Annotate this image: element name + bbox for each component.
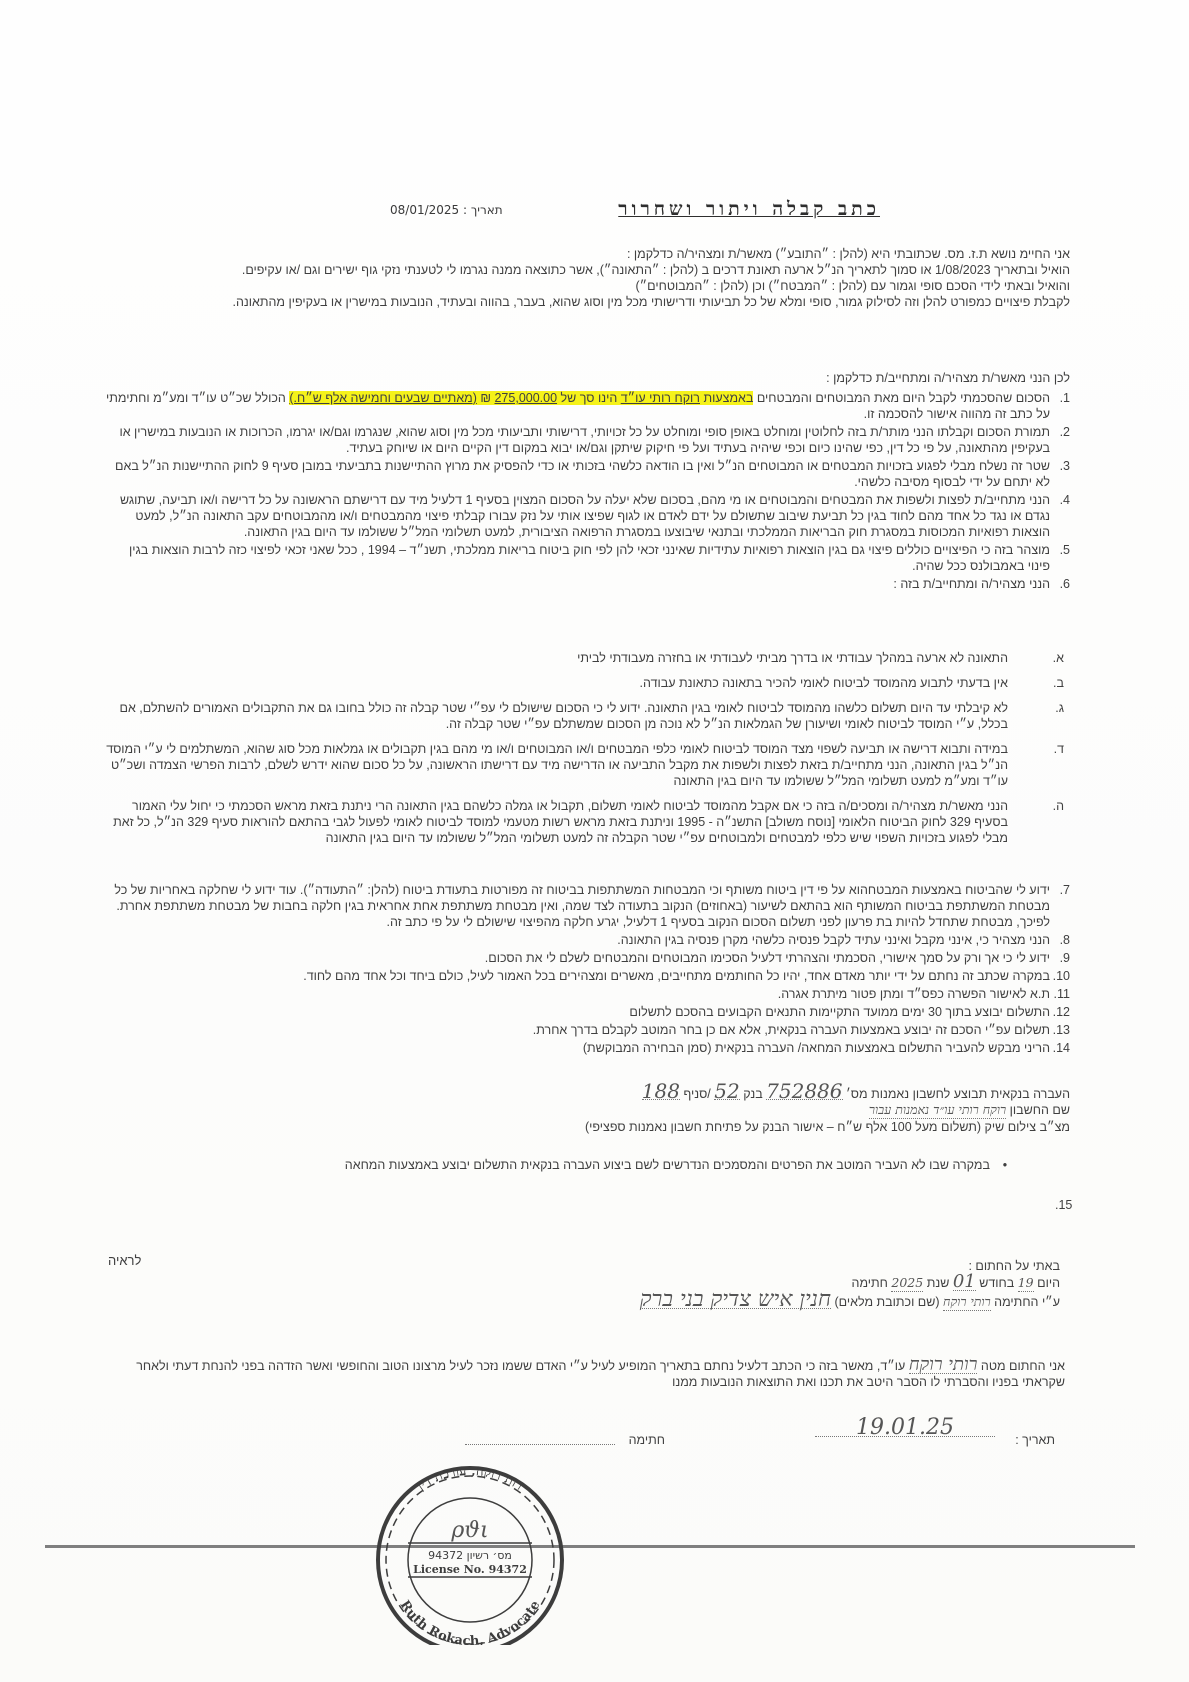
account-number[interactable]: 752886 — [766, 1083, 842, 1100]
item-number: 3. — [1050, 458, 1070, 490]
item-6: 6.הנני מצהיר/ה ומתחייב/ת בזה : — [105, 576, 1070, 592]
item-number: 10. — [1050, 968, 1070, 984]
month-label: בחודש — [979, 1276, 1014, 1290]
svg-text:מס׳ רשיון 94372: מס׳ רשיון 94372 — [428, 1549, 512, 1562]
sub-item-a: א.התאונה לא ארעה במהלך עבודתי או בדרך מב… — [105, 650, 1070, 666]
day-label: היום — [1037, 1276, 1060, 1290]
bank-account-line: העברה בנקאית תבוצע לחשבון נאמנות מס׳ 752… — [420, 1083, 1070, 1102]
item-3: 3.שטר זה נשלח מבלי לפגוע בזכויות המבטחים… — [105, 458, 1070, 490]
header-date: תאריך : 08/01/2025 — [390, 203, 503, 217]
date-label: תאריך : — [463, 203, 503, 217]
item-number: 6. — [1050, 576, 1070, 592]
bank-details: העברה בנקאית תבוצע לחשבון נאמנות מס׳ 752… — [420, 1083, 1070, 1135]
document-title: כתב קבלה ויתור ושחרור — [618, 198, 880, 221]
signature-label: חתימה — [852, 1276, 888, 1290]
numbered-items: 1. הסכום שהסכמתי לקבל היום מאת המבוטחים … — [105, 390, 1070, 594]
item-number: 11. — [1050, 986, 1070, 1002]
signer-signature[interactable]: רותי רוקח — [943, 1294, 991, 1311]
bank-number[interactable]: 52 — [714, 1083, 739, 1100]
item-text: הריני מבקש להעביר התשלום באמצעות המחאה/ … — [105, 1040, 1050, 1056]
declaration-line: לכן הנני מאשר/ת מצהיר/ה ומתחייב/ת כדלקמן… — [105, 370, 1070, 386]
full-name-label: (שם וכתובת מלאים) — [834, 1295, 939, 1309]
sub-item-b: ב.אין בדעתי לתבוע מהמוסד לביטוח לאומי לה… — [105, 675, 1070, 691]
year-label: שנת — [927, 1276, 950, 1290]
item-5: 5.מוצהר בזה כי הפיצויים כוללים פיצוי גם … — [105, 542, 1070, 574]
signature-block: באתי על החתום : היום 19 בחודש 01 שנת 202… — [300, 1258, 1060, 1311]
lawyer-date-signature: תאריך : 19.01.25 חתימה — [105, 1424, 1055, 1460]
sub-item-letter: א. — [1008, 650, 1070, 666]
lawyer-confirmation: אני החתום מטה רותי רוקח עו״ד, מאשר בזה כ… — [95, 1357, 1065, 1390]
sub-item-text: הנני מאשר/ת מצהיר/ה ומסכים/ה בזה כי אם א… — [105, 798, 1008, 846]
date-value: 08/01/2025 — [390, 203, 459, 217]
currency-symbol: ₪ — [477, 391, 495, 405]
item-14: 14.הריני מבקש להעביר התשלום באמצעות המחא… — [105, 1040, 1070, 1056]
item-4: 4.הנני מתחייב/ת לפצות ולשפות את המבטחים … — [105, 492, 1070, 540]
lawyer-prefix: אני החתום מטה — [981, 1359, 1065, 1373]
bullet-note: • במקרה שבו לא העביר המוטב את הפרטים והמ… — [225, 1157, 1020, 1173]
sub-items: א.התאונה לא ארעה במהלך עבודתי או בדרך מב… — [105, 650, 1070, 855]
bullet-icon: • — [990, 1157, 1020, 1173]
sub-item-text: התאונה לא ארעה במהלך עבודתי או בדרך מבית… — [105, 650, 1008, 666]
item-13: 13.תשלום עפ״י הסכם זה יבוצע באמצעות העבר… — [105, 1022, 1070, 1038]
lawyer-stamp: רות רוקח, עורכת דין Ruth Rokach, Advocat… — [345, 1465, 595, 1645]
lawyer-name: רוקח רותי עו״ד — [621, 391, 700, 405]
item-7: 7.ידוע לי שהביטוח באמצעות המבטחהוא על פי… — [105, 882, 1070, 930]
witness-label: לראיה — [108, 1253, 141, 1269]
account-label: העברה בנקאית תבוצע לחשבון נאמנות מס׳ — [846, 1087, 1070, 1101]
lawyer-date-value[interactable]: 19.01.25 — [815, 1420, 995, 1437]
item-text: ת.א לאישור הפשרה כפס״ד ומתן פטור מיתרת א… — [105, 986, 1050, 1002]
signer-line: ע״י החתימה רותי רוקח (שם וכתובת מלאים) ח… — [300, 1292, 1060, 1311]
document-page: כתב קבלה ויתור ושחרור תאריך : 08/01/2025… — [0, 0, 1189, 1682]
full-name-value[interactable]: חנין איש צדיק בני ברק — [640, 1292, 831, 1309]
item-2: 2.תמורת הסכום וקבלתו הנני מותר/ת בזה לחל… — [105, 424, 1070, 456]
item-10: 10.במקרה שכתב זה נחתם על ידי יותר מאדם א… — [105, 968, 1070, 984]
item-text: במקרה שכתב זה נחתם על ידי יותר מאדם אחד,… — [105, 968, 1050, 984]
item-number: 2. — [1050, 424, 1070, 456]
amount-words: (מאתיים שבעים וחמישה אלף ש״ח.) — [289, 391, 477, 405]
sub-item-letter: ב. — [1008, 675, 1070, 691]
item-text: תשלום עפ״י הסכם זה יבוצע באמצעות העברה ב… — [105, 1022, 1050, 1038]
sub-item-letter: ג. — [1008, 700, 1070, 732]
item-text: ידוע לי כי אך ורק על סמך אישורי, הסכמתי … — [105, 950, 1050, 966]
intro-line: והואיל ובאתי לידי הסכם סופי וגמור עם (לה… — [105, 278, 1070, 294]
item-text: הנני מצהיר כי, אינני מקבל ואינני עתיד לק… — [105, 932, 1050, 948]
item-number: 12. — [1050, 1004, 1070, 1020]
item-9: 9.ידוע לי כי אך ורק על סמך אישורי, הסכמת… — [105, 950, 1070, 966]
item-text: מוצהר בזה כי הפיצויים כוללים פיצוי גם בג… — [105, 542, 1050, 574]
account-holder-line: שם החשבון רוקח רותי עו״ד נאמנות עבור — [420, 1102, 1070, 1119]
sub-item-letter: ה. — [1008, 798, 1070, 846]
branch-number[interactable]: 188 — [642, 1083, 680, 1100]
year-value[interactable]: 2025 — [891, 1275, 923, 1292]
highlight-text: באמצעות — [700, 391, 753, 405]
sub-item-e: ה.הנני מאשר/ת מצהיר/ה ומסכים/ה בזה כי אם… — [105, 798, 1070, 846]
item-text: תמורת הסכום וקבלתו הנני מותר/ת בזה לחלוט… — [105, 424, 1050, 456]
day-value[interactable]: 19 — [1018, 1275, 1034, 1292]
item-11: 11.ת.א לאישור הפשרה כפס״ד ומתן פטור מיתר… — [105, 986, 1070, 1002]
item-text: התשלום יבוצע בתוך 30 ימים ממועד התקיימות… — [105, 1004, 1050, 1020]
lawyer-signature-label: חתימה — [629, 1432, 665, 1448]
item-number: 8. — [1050, 932, 1070, 948]
item-number: 4. — [1050, 492, 1070, 540]
item-number: 5. — [1050, 542, 1070, 574]
svg-text:ρϑι: ρϑι — [450, 1518, 488, 1543]
stamp-icon: רות רוקח, עורכת דין Ruth Rokach, Advocat… — [345, 1465, 595, 1645]
lawyer-name-handwritten[interactable]: רותי רוקח — [909, 1357, 978, 1374]
item-12: 12.התשלום יבוצע בתוך 30 ימים ממועד התקיי… — [105, 1004, 1070, 1020]
holder-label: שם החשבון — [1010, 1103, 1070, 1117]
amount-value: 275,000.00 — [494, 391, 557, 405]
holder-name[interactable]: רוקח רותי עו״ד נאמנות עבור — [869, 1102, 1006, 1119]
item-text: הסכום שהסכמתי לקבל היום מאת המבוטחים והמ… — [753, 391, 1050, 405]
item-number: 14. — [1050, 1040, 1070, 1056]
highlight-text: הינו סך של — [557, 391, 621, 405]
header: כתב קבלה ויתור ושחרור תאריך : 08/01/2025 — [360, 198, 880, 226]
item-text: ידוע לי שהביטוח באמצעות המבטחהוא על פי ד… — [105, 882, 1050, 930]
sub-item-text: אין בדעתי לתבוע מהמוסד לביטוח לאומי להכי… — [105, 675, 1008, 691]
item-text: שטר זה נשלח מבלי לפגוע בזכויות המבטחים א… — [105, 458, 1050, 490]
month-value[interactable]: 01 — [953, 1274, 976, 1291]
sub-item-d: ד.במידה ותבוא דרישה או תביעה לשפוי מצד ה… — [105, 741, 1070, 789]
sub-item-letter: ד. — [1008, 741, 1070, 789]
svg-text:License No. 94372: License No. 94372 — [413, 1563, 527, 1576]
sub-item-c: ג.לא קיבלתי עד היום תשלום כלשהו מהמוסד ל… — [105, 700, 1070, 732]
numbered-items-continued: 7.ידוע לי שהביטוח באמצעות המבטחהוא על פי… — [105, 882, 1070, 1058]
sub-item-text: במידה ותבוא דרישה או תביעה לשפוי מצד המו… — [105, 741, 1008, 789]
signed-label: באתי על החתום : — [300, 1258, 1060, 1274]
item-number: 13. — [1050, 1022, 1070, 1038]
item-8: 8.הנני מצהיר כי, אינני מקבל ואינני עתיד … — [105, 932, 1070, 948]
item-number: 7. — [1050, 882, 1070, 930]
intro-line: הואיל ובתאריך 1/08/2023 או סמוך לתאריך ה… — [105, 262, 1070, 278]
item-number: 1. — [1050, 390, 1070, 422]
signer-label: ע״י החתימה — [994, 1295, 1060, 1309]
item-15: .15 — [1055, 1197, 1072, 1213]
lawyer-date-label: תאריך : — [1015, 1432, 1055, 1448]
intro-line: אני החיימ נושא ת.ז. מס. שכתובתי היא (להל… — [105, 246, 1070, 262]
sub-item-text: לא קיבלתי עד היום תשלום כלשהו מהמוסד לבי… — [105, 700, 1008, 732]
intro-section: אני החיימ נושא ת.ז. מס. שכתובתי היא (להל… — [105, 246, 1070, 310]
bank-note: מצ״ב צילום שיק (תשלום מעל 100 אלף ש״ח – … — [420, 1119, 1070, 1135]
lawyer-signature-line[interactable] — [465, 1444, 615, 1445]
item-number: 9. — [1050, 950, 1070, 966]
item-text: הנני מצהיר/ה ומתחייב/ת בזה : — [105, 576, 1050, 592]
bank-label: בנק — [743, 1087, 762, 1101]
item-1: 1. הסכום שהסכמתי לקבל היום מאת המבוטחים … — [105, 390, 1070, 422]
svg-text:רות רוקח, עורכת דין: רות רוקח, עורכת דין — [415, 1465, 525, 1494]
item-text: הנני מתחייב/ת לפצות ולשפות את המבטחים וה… — [105, 492, 1050, 540]
intro-line: לקבלת פיצויים כמפורט להלן וזה לסילוק גמו… — [105, 294, 1070, 310]
bullet-text: במקרה שבו לא העביר המוטב את הפרטים והמסמ… — [345, 1157, 990, 1173]
branch-label: /סניף — [683, 1087, 710, 1101]
